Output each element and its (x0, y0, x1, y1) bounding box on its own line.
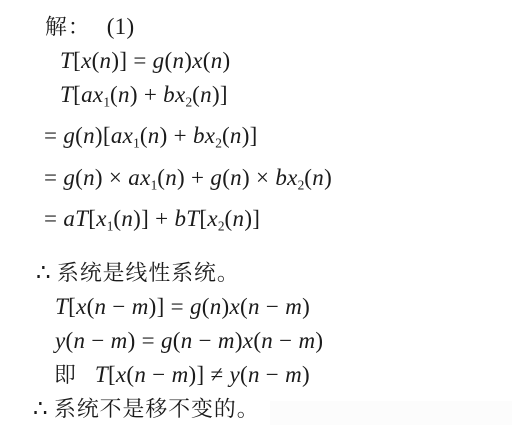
text-token: 系统不是移不变的。 (54, 397, 260, 421)
text-token: aT (63, 206, 88, 231)
text-token: y (55, 328, 66, 353)
text-token: ) + (177, 165, 210, 190)
text-token: ( (203, 48, 211, 73)
text-token: ( (240, 362, 248, 387)
text-token: − (260, 362, 285, 387)
text-token: bx (163, 82, 185, 107)
text-token: g (190, 294, 202, 319)
text-token: ( (222, 165, 230, 190)
text-token: n (121, 206, 133, 231)
text-token: n (148, 123, 160, 148)
text-token: n (83, 165, 95, 190)
equation-shifted-output: y(n − m) = g(n − m)x(n − m) (0, 324, 512, 358)
text-token: )[ (95, 123, 111, 148)
text-token: ( (87, 294, 95, 319)
text-token: x (81, 48, 92, 73)
text-token: )] ≠ (189, 362, 230, 387)
text-token: ( (75, 165, 83, 190)
text-token: ) + (160, 123, 193, 148)
text-token: x (207, 206, 218, 231)
text-token: 2 (218, 218, 225, 233)
text-token: bT (174, 206, 199, 231)
text-token: − (193, 328, 218, 353)
equation-step-2: = g(n) × ax1(n) + g(n) × bx2(n) (0, 161, 512, 202)
text-token: m (285, 362, 302, 387)
equation-linearity-input: T[ax1(n) + bx2(n)] (0, 78, 512, 119)
text-token: x (243, 328, 254, 353)
text-token: [ (88, 206, 96, 231)
text-token: g (63, 165, 75, 190)
text-token: T (60, 48, 73, 73)
text-token: T (60, 82, 73, 107)
text-token: = (44, 123, 63, 148)
text-token: n (248, 294, 260, 319)
text-token: ∴ (36, 260, 57, 285)
solution-header: 解：(1) (0, 10, 512, 44)
text-token: n (73, 328, 85, 353)
text-token: = (44, 206, 63, 231)
text-token: T (55, 294, 68, 319)
text-token: n (230, 123, 242, 148)
text-token: − (85, 328, 110, 353)
text-token: x (116, 362, 127, 387)
text-token: 解： (45, 15, 91, 39)
text-token: bx (193, 123, 215, 148)
equation-step-1: = g(n)[ax1(n) + bx2(n)] (0, 119, 512, 160)
text-token: 系统是线性系统。 (57, 261, 240, 285)
text-token: )] (242, 123, 258, 148)
equation-shift-transform: T[x(n − m)] = g(n)x(n − m) (0, 290, 512, 324)
text-token: n (248, 362, 260, 387)
text-token: ) (223, 48, 231, 73)
text-token: ) (324, 165, 332, 190)
text-token: = (44, 165, 63, 190)
text-token: y (229, 362, 240, 387)
text-token: )] (212, 82, 228, 107)
text-token: ax (128, 165, 150, 190)
text-token: g (63, 123, 75, 148)
text-token: ax (111, 123, 133, 148)
text-token: n (95, 294, 107, 319)
text-token: (1) (107, 14, 135, 39)
text-token: n (118, 82, 130, 107)
text-token: 1 (133, 136, 140, 151)
text-token: ∴ (33, 396, 54, 421)
text-token: n (210, 294, 222, 319)
text-token: x (76, 294, 87, 319)
text-token: ) = (128, 328, 161, 353)
text-token: n (172, 48, 184, 73)
conclusion-linear: ∴ 系统是线性系统。 (0, 256, 512, 290)
text-token: ) (235, 328, 243, 353)
text-token: ) × (242, 165, 275, 190)
text-token: m (218, 328, 235, 353)
text-token: n (230, 165, 242, 190)
text-token: 2 (215, 136, 222, 151)
equation-step-3: = aT[x1(n)] + bT[x2(n)] (0, 202, 512, 243)
text-token: [ (68, 294, 76, 319)
text-token: ( (202, 294, 210, 319)
text-token: x (192, 48, 203, 73)
equation-inequality: 即T[x(n − m)] ≠ y(n − m) (0, 358, 512, 392)
text-token: n (200, 82, 212, 107)
text-token: ) (315, 328, 323, 353)
text-token: m (111, 328, 128, 353)
text-token: − (260, 294, 285, 319)
text-token: g (161, 328, 173, 353)
text-token: ) (302, 294, 310, 319)
text-token: g (153, 48, 165, 73)
text-token: ( (192, 82, 200, 107)
text-token: ) (302, 362, 310, 387)
text-token: m (172, 362, 189, 387)
text-token: n (134, 362, 146, 387)
solution-lines: 解：(1)T[x(n)] = g(n)x(n)T[ax1(n) + bx2(n)… (0, 10, 512, 426)
text-token: ( (140, 123, 148, 148)
text-token: n (312, 165, 324, 190)
text-token: [ (73, 82, 81, 107)
text-token: m (132, 294, 149, 319)
text-token: T (95, 362, 108, 387)
text-token: ( (173, 328, 181, 353)
text-token: ( (75, 123, 83, 148)
text-token: n (233, 206, 245, 231)
text-token: x (96, 206, 107, 231)
text-token: g (210, 165, 222, 190)
text-token: n (165, 165, 177, 190)
document-page: 解：(1)T[x(n)] = g(n)x(n)T[ax1(n) + bx2(n)… (0, 0, 512, 430)
text-token: [ (108, 362, 116, 387)
text-token: x (230, 294, 241, 319)
text-token: ) + (130, 82, 163, 107)
text-token: − (106, 294, 131, 319)
text-token: ( (222, 123, 230, 148)
text-token: ) (222, 294, 230, 319)
text-token: ( (225, 206, 233, 231)
text-token: bx (275, 165, 297, 190)
text-token: − (146, 362, 171, 387)
text-token: m (285, 294, 302, 319)
text-token: )] (244, 206, 260, 231)
text-token: − (273, 328, 298, 353)
text-token: ( (110, 82, 118, 107)
text-token: n (100, 48, 112, 73)
background-artifact (270, 401, 512, 425)
text-token: ( (92, 48, 100, 73)
text-token: n (261, 328, 273, 353)
text-token: ax (81, 82, 103, 107)
text-token: m (298, 328, 315, 353)
text-token: )] = (149, 294, 190, 319)
text-token: )] + (133, 206, 174, 231)
text-token: ) × (95, 165, 128, 190)
equation-definition: T[x(n)] = g(n)x(n) (0, 44, 512, 78)
text-token: n (181, 328, 193, 353)
text-token: )] = (111, 48, 152, 73)
text-token: n (83, 123, 95, 148)
text-token: [ (73, 48, 81, 73)
text-token: n (211, 48, 223, 73)
text-token: 即 (54, 363, 77, 387)
text-token: ( (240, 294, 248, 319)
